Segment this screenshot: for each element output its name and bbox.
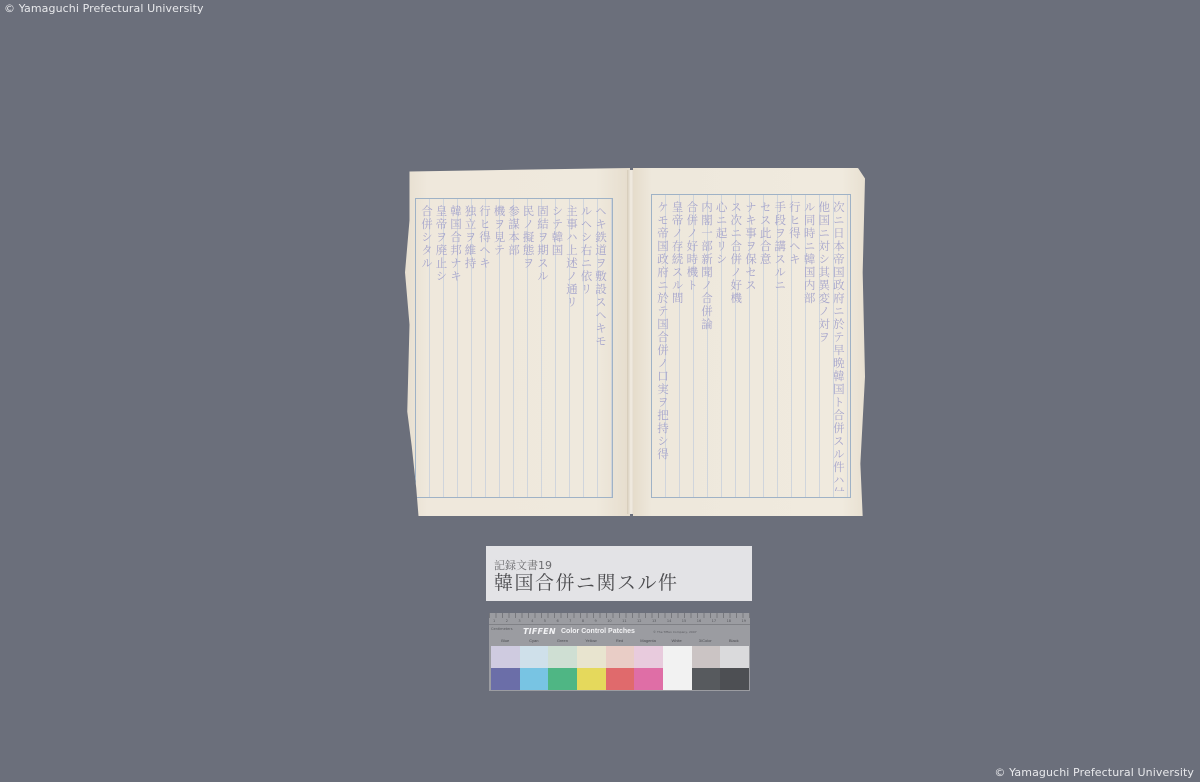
- patch-green-dark: [548, 668, 577, 690]
- text-column: 行ヒ得ヘキ: [478, 205, 492, 491]
- ruler-number: 14: [667, 619, 671, 623]
- copyright-top-left: © Yamaguchi Prefectural University: [4, 2, 204, 15]
- text-column: 手段ヲ講スルニ: [773, 201, 787, 491]
- patch-label: Yellow: [577, 638, 606, 643]
- patch-red-dark: [606, 668, 635, 690]
- text-column: 皇帝ヲ廃止シ: [435, 205, 449, 491]
- patch-white: [663, 646, 692, 690]
- patch-blue-dark: [491, 668, 520, 690]
- text-column: 心ニ起リシ: [715, 201, 729, 491]
- ruler-number: 6: [556, 619, 558, 623]
- chart-subtitle: Color Control Patches: [561, 628, 635, 635]
- patch-cyan-light: [520, 646, 549, 668]
- text-column: ケモ帝国政府ニ於テ国合併ノ口実ヲ把持シ得: [656, 201, 670, 491]
- ruler-number: 18: [727, 619, 731, 623]
- color-control-patches: 1 2 3 4 5 6 7 8 9 10 11 12 13 14 15 16 1…: [489, 613, 750, 691]
- text-column: セス此合意: [759, 201, 773, 491]
- right-page-text: 次ニ日本帝国政府ニ於テ早晩韓国ト合併スル件ハ付 他国ニ対シ其異変ノ対ヲ ル同時ニ…: [656, 201, 846, 491]
- open-document-book: ヘキ鉄道ヲ敷設スヘキモ ルヘシ右ニ依リ 主事ハ上述ノ通リ シテ韓国 固結ヲ期スル…: [405, 168, 865, 516]
- ruler-number: 8: [582, 619, 584, 623]
- ruler-number: 12: [637, 619, 641, 623]
- right-page-frame: 次ニ日本帝国政府ニ於テ早晩韓国ト合併スル件ハ付 他国ニ対シ其異変ノ対ヲ ル同時ニ…: [651, 194, 851, 498]
- ruler-number: 5: [544, 619, 546, 623]
- patch-red-light: [606, 646, 635, 668]
- patch-magenta-dark: [634, 668, 663, 690]
- patch-label: Red: [605, 638, 634, 643]
- text-column: 皇帝ノ存続スル間: [671, 201, 685, 491]
- ruler-number: 15: [682, 619, 686, 623]
- ruler-number: 3: [518, 619, 520, 623]
- text-column: ル同時ニ韓国内部: [803, 201, 817, 491]
- text-column: 参謀本部: [507, 205, 521, 491]
- text-column: 他国ニ対シ其異変ノ対ヲ: [817, 201, 831, 491]
- ruler-number: 17: [712, 619, 716, 623]
- text-column: 韓国合邦ナキ: [449, 205, 463, 491]
- tiffen-logo: TIFFEN: [523, 627, 556, 636]
- ruler-number: 2: [506, 619, 508, 623]
- text-column: ス次ニ合併ノ好機: [729, 201, 743, 491]
- patch-label: Magenta: [634, 638, 663, 643]
- color-patch-grid: [491, 646, 749, 690]
- patch-label: Cyan: [520, 638, 549, 643]
- document-label-card: 記録文書19 韓国合併ニ関スル件: [486, 546, 752, 601]
- text-column: 次ニ日本帝国政府ニ於テ早晩韓国ト合併スル件ハ付: [832, 201, 846, 491]
- text-column: ルヘシ右ニ依リ: [580, 205, 594, 491]
- ruler-number: 9: [595, 619, 597, 623]
- patch-3-color-light: [692, 646, 721, 668]
- ruler-number: 11: [622, 619, 626, 623]
- text-column: 機ヲ見テ: [493, 205, 507, 491]
- text-column: 固結ヲ期スル: [536, 205, 550, 491]
- patch-black-dark: [720, 668, 749, 690]
- left-page-frame: ヘキ鉄道ヲ敷設スヘキモ ルヘシ右ニ依リ 主事ハ上述ノ通リ シテ韓国 固結ヲ期スル…: [415, 198, 613, 498]
- text-column: ヘキ鉄道ヲ敷設スヘキモ: [594, 205, 608, 491]
- patch-label: 3/Color: [691, 638, 720, 643]
- text-column: 行ヒ得ヘキ: [788, 201, 802, 491]
- ruler-number: 19: [741, 619, 745, 623]
- text-column: ナキ事ヲ保セス: [744, 201, 758, 491]
- ruler-number: 1: [493, 619, 495, 623]
- patch-yellow-light: [577, 646, 606, 668]
- ruler-number: 4: [531, 619, 533, 623]
- left-page: ヘキ鉄道ヲ敷設スヘキモ ルヘシ右ニ依リ 主事ハ上述ノ通リ シテ韓国 固結ヲ期スル…: [405, 168, 630, 516]
- patch-label: Black: [720, 638, 749, 643]
- text-column: 合併ノ好時機ト: [685, 201, 699, 491]
- right-page: 次ニ日本帝国政府ニ於テ早晩韓国ト合併スル件ハ付 他国ニ対シ其異変ノ対ヲ ル同時ニ…: [633, 168, 865, 516]
- chart-copyright: © The Tiffen Company, 2007: [653, 630, 697, 634]
- patch-green-light: [548, 646, 577, 668]
- patch-yellow-dark: [577, 668, 606, 690]
- text-column: 主事ハ上述ノ通リ: [565, 205, 579, 491]
- patch-magenta-light: [634, 646, 663, 668]
- text-column: 独立ヲ維持: [464, 205, 478, 491]
- patch-cyan-dark: [520, 668, 549, 690]
- patch-blue-light: [491, 646, 520, 668]
- text-column: シテ韓国: [551, 205, 565, 491]
- text-column: 民ノ擬態ヲ: [522, 205, 536, 491]
- ruler-number: 16: [697, 619, 701, 623]
- ruler-number: 10: [607, 619, 611, 623]
- ruler-number: 7: [569, 619, 571, 623]
- ruler-numbers: 1 2 3 4 5 6 7 8 9 10 11 12 13 14 15 16 1…: [493, 619, 746, 623]
- patch-label: White: [662, 638, 691, 643]
- patch-label: Blue: [491, 638, 520, 643]
- patch-3-color-dark: [692, 668, 721, 690]
- centimeters-label: Centimeters: [491, 627, 513, 631]
- left-page-text: ヘキ鉄道ヲ敷設スヘキモ ルヘシ右ニ依リ 主事ハ上述ノ通リ シテ韓国 固結ヲ期スル…: [420, 205, 608, 491]
- patch-labels: Blue Cyan Green Yellow Red Magenta White…: [491, 638, 748, 643]
- patch-label: Green: [548, 638, 577, 643]
- ruler-number: 13: [652, 619, 656, 623]
- patch-black-light: [720, 646, 749, 668]
- text-column: 内閣一部新聞ノ合併論: [700, 201, 714, 491]
- document-series: 記録文書19: [494, 560, 752, 572]
- document-title: 韓国合併ニ関スル件: [494, 572, 752, 594]
- copyright-bottom-right: © Yamaguchi Prefectural University: [994, 766, 1194, 779]
- text-column: 合併シタル: [420, 205, 434, 491]
